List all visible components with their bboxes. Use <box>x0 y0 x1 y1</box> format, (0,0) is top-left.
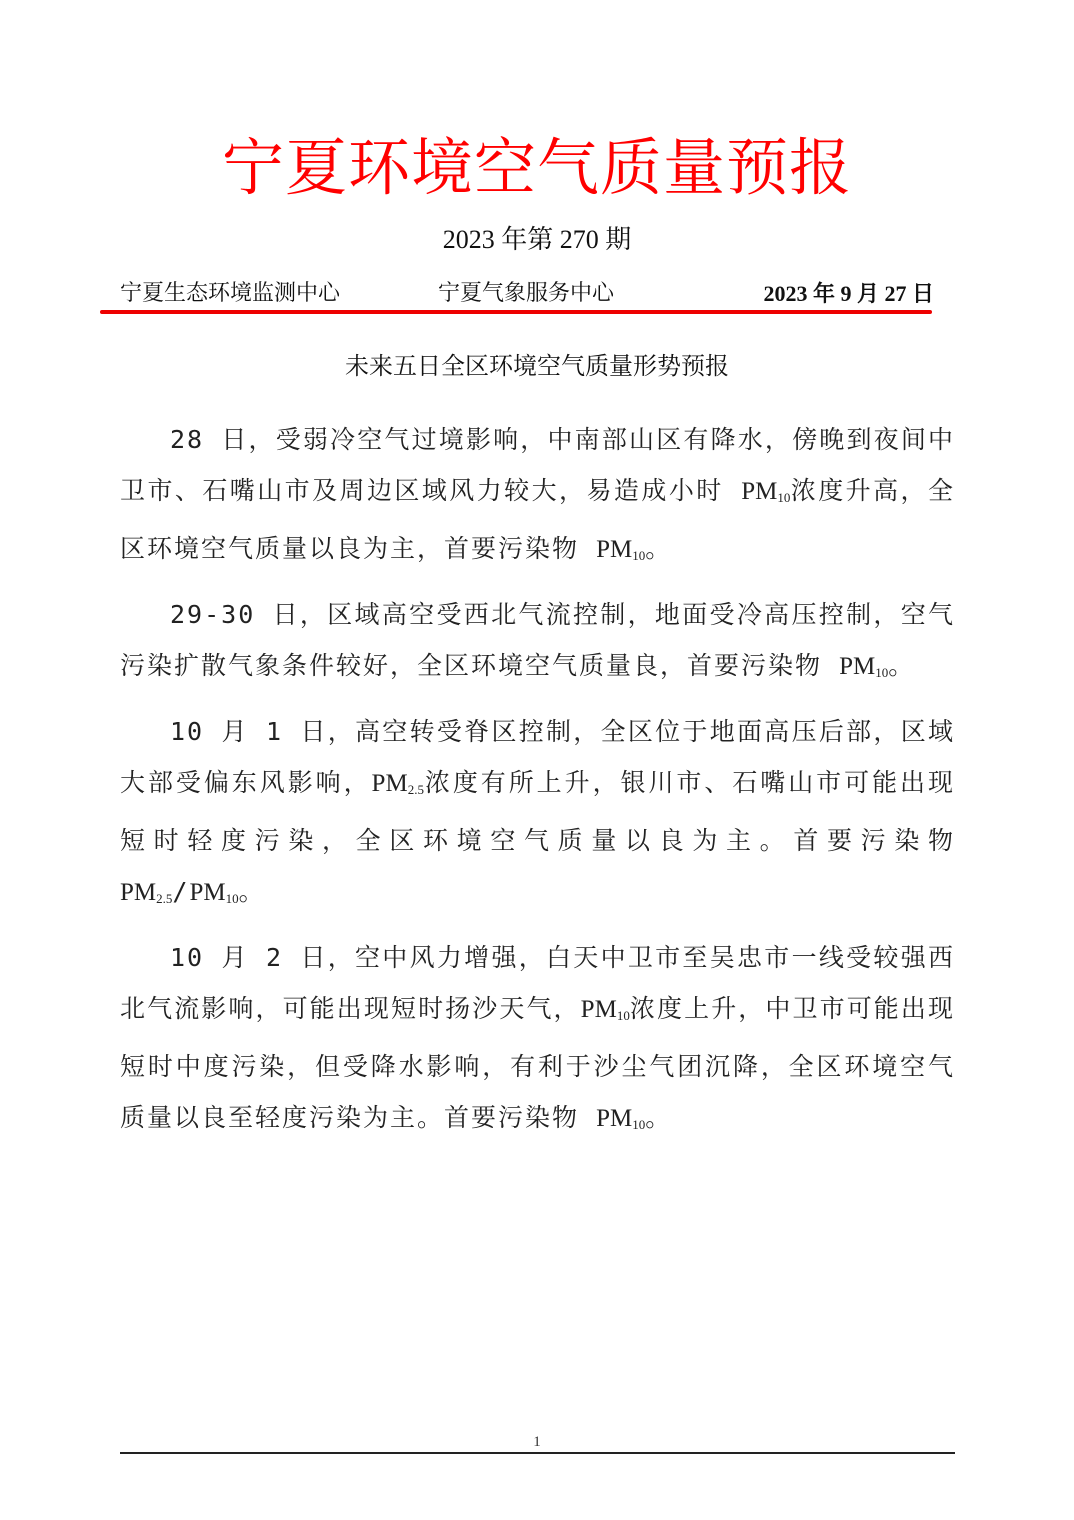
pollutant-label: PM10 <box>596 1105 645 1132</box>
pollutant-label: PM10 <box>581 996 630 1023</box>
forecast-paragraph: 10 月 2 日，空中风力增强，白天中卫市至吴忠市一线受较强西北气流影响，可能出… <box>120 932 955 1150</box>
publish-date: 2023 年 9 月 27 日 <box>763 278 934 310</box>
pollutant-label: PM10 <box>596 536 645 563</box>
forecast-paragraph: 28 日，受弱冷空气过境影响，中南部山区有降水，傍晚到夜间中卫市、石嘴山市及周边… <box>120 414 955 581</box>
section-heading: 未来五日全区环境空气质量形势预报 <box>0 348 1074 384</box>
footer-divider <box>120 1452 955 1454</box>
publisher-meteorological-service-center: 宁夏气象服务中心 <box>438 278 614 310</box>
pollutant-label: PM10 <box>741 478 790 505</box>
publisher-environment-monitoring-center: 宁夏生态环境监测中心 <box>120 278 340 310</box>
pollutant-label: PM2.5 <box>120 879 172 906</box>
pollutant-label: PM2.5 <box>372 770 424 797</box>
report-title: 宁夏环境空气质量预报 <box>0 128 1074 208</box>
forecast-body: 28 日，受弱冷空气过境影响，中南部山区有降水，傍晚到夜间中卫市、石嘴山市及周边… <box>120 414 955 1158</box>
page-number: 1 <box>0 1432 1074 1452</box>
publisher-row: 宁夏生态环境监测中心 宁夏气象服务中心 2023 年 9 月 27 日 <box>120 278 934 310</box>
header-divider <box>100 310 932 314</box>
forecast-paragraph: 29-30 日，区域高空受西北气流控制，地面受冷高压控制，空气污染扩散气象条件较… <box>120 589 955 698</box>
issue-number: 2023 年第 270 期 <box>0 222 1074 258</box>
forecast-paragraph: 10 月 1 日，高空转受脊区控制，全区位于地面高压后部，区域大部受偏东风影响，… <box>120 706 955 924</box>
pollutant-label: PM10 <box>189 879 238 906</box>
pollutant-label: PM10 <box>839 653 888 680</box>
